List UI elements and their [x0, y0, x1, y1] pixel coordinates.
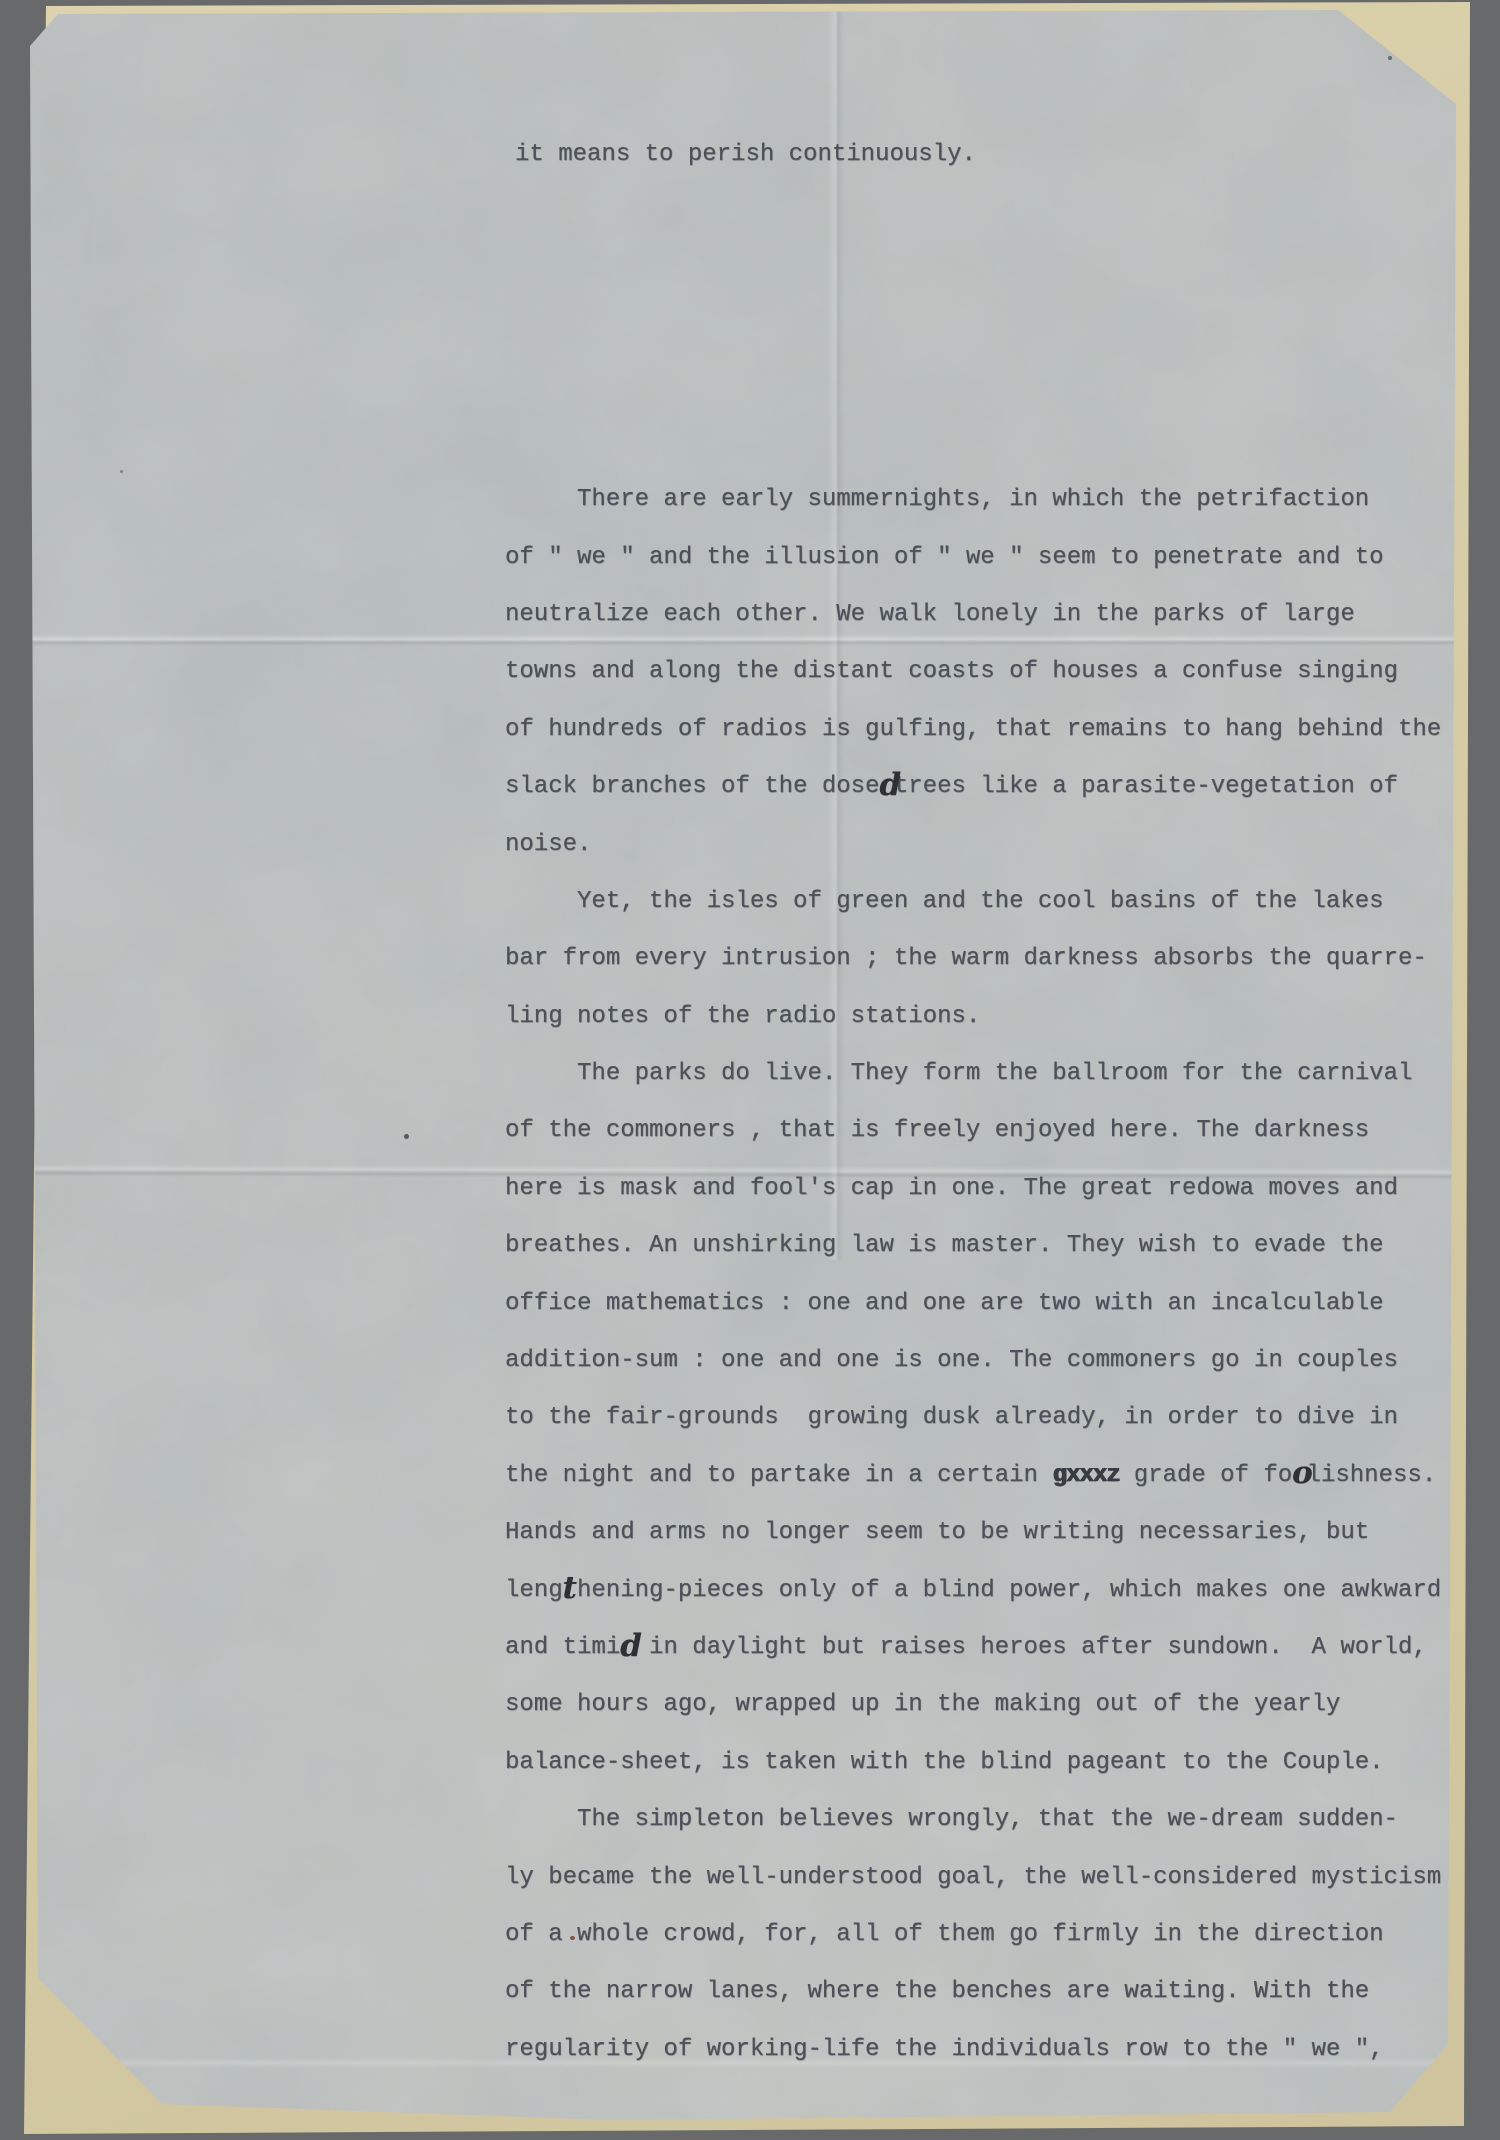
typewritten-line: regularity of working-life the individua… — [505, 2021, 1465, 2078]
typewritten-line: noise. — [505, 815, 1465, 872]
typed-text: Hands and arms no longer seem to be writ… — [505, 1519, 1369, 1546]
typewritten-line: of hundreds of radios is gulfing, that r… — [505, 701, 1465, 758]
scan-canvas: it means to perish continuously. There a… — [0, 0, 1500, 2140]
typed-text: the night and to partake in a certain — [505, 1462, 1052, 1489]
typewritten-line: here is mask and fool's cap in one. The … — [505, 1160, 1465, 1217]
typewritten-line: office mathematics : one and one are two… — [505, 1274, 1465, 1331]
typed-text: towns and along the distant coasts of ho… — [505, 658, 1398, 685]
ink-speck — [404, 1134, 409, 1139]
typed-text: There are early summernights, in which t… — [577, 486, 1369, 513]
typed-text: in daylight but raises heroes after sund… — [635, 1634, 1427, 1661]
typed-text: trees like a parasite-vegetation of — [894, 773, 1398, 800]
typed-text: ly became the well-understood goal, the … — [505, 1864, 1441, 1891]
typed-text: and timi — [505, 1634, 620, 1661]
typewritten-line: of " we " and the illusion of " we " see… — [505, 528, 1465, 585]
typewritten-line: slack branches of the dosedtrees like a … — [505, 758, 1465, 815]
page-top-line: it means to perish continuously. — [515, 126, 976, 183]
typewritten-line: the night and to partake in a certain gx… — [505, 1447, 1465, 1504]
typed-text: grade of fo — [1119, 1462, 1292, 1489]
typed-text: of " we " and the illusion of " we " see… — [505, 544, 1384, 571]
typewritten-body: There are early summernights, in which t… — [505, 471, 1465, 2078]
typed-text: regularity of working-life the individua… — [505, 2036, 1384, 2063]
typewritten-line: neutralize each other. We walk lonely in… — [505, 586, 1465, 643]
typewritten-line: bar from every intrusion ; the warm dark… — [505, 930, 1465, 987]
typed-strikeout: gxxxz — [1052, 1462, 1119, 1489]
typewritten-line: of the narrow lanes, where the benches a… — [505, 1963, 1465, 2020]
typewritten-line: ly became the well-understood goal, the … — [505, 1848, 1465, 1905]
typed-text: slack branches of the dose — [505, 773, 879, 800]
typed-text: ling notes of the radio stations. — [505, 1003, 980, 1030]
typewritten-line: lengthening-pieces only of a blind power… — [505, 1561, 1465, 1618]
typed-text: noise. — [505, 831, 591, 858]
typewritten-line: The simpleton believes wrongly, that the… — [505, 1791, 1465, 1848]
typed-text: of the narrow lanes, where the benches a… — [505, 1978, 1369, 2005]
typed-text: hening-pieces only of a blind power, whi… — [577, 1577, 1441, 1604]
typed-text: lishness. — [1307, 1462, 1437, 1489]
typewritten-line: to the fair-grounds growing dusk already… — [505, 1389, 1465, 1446]
typewritten-line: addition-sum : one and one is one. The c… — [505, 1332, 1465, 1389]
typewritten-line: towns and along the distant coasts of ho… — [505, 643, 1465, 700]
typed-text: leng — [505, 1577, 563, 1604]
typewritten-line: balance-sheet, is taken with the blind p… — [505, 1734, 1465, 1791]
typewritten-line: of the commoners , that is freely enjoye… — [505, 1102, 1465, 1159]
typewritten-line: There are early summernights, in which t… — [505, 471, 1465, 528]
typed-text: office mathematics : one and one are two… — [505, 1290, 1384, 1317]
typed-text: The parks do live. They form the ballroo… — [577, 1060, 1412, 1087]
typed-text: neutralize each other. We walk lonely in… — [505, 601, 1355, 628]
typewritten-line: Yet, the isles of green and the cool bas… — [505, 873, 1465, 930]
typed-text: Yet, the isles of green and the cool bas… — [577, 888, 1384, 915]
typewritten-line: of a whole crowd, for, all of them go fi… — [505, 1906, 1465, 1963]
typewritten-line: and timid in daylight but raises heroes … — [505, 1619, 1465, 1676]
typed-text: of the commoners , that is freely enjoye… — [505, 1117, 1369, 1144]
typed-text: of a whole crowd, for, all of them go fi… — [505, 1921, 1384, 1948]
ink-speck — [1388, 56, 1392, 60]
typed-text: The simpleton believes wrongly, that the… — [577, 1806, 1398, 1833]
typewritten-line: ling notes of the radio stations. — [505, 988, 1465, 1045]
typewritten-line: Hands and arms no longer seem to be writ… — [505, 1504, 1465, 1561]
typed-text: here is mask and fool's cap in one. The … — [505, 1175, 1398, 1202]
typewritten-line: breathes. An unshirking law is master. T… — [505, 1217, 1465, 1274]
typed-text: to the fair-grounds growing dusk already… — [505, 1404, 1398, 1431]
typewritten-line: The parks do live. They form the ballroo… — [505, 1045, 1465, 1102]
typewritten-line: some hours ago, wrapped up in the making… — [505, 1676, 1465, 1733]
typed-text: addition-sum : one and one is one. The c… — [505, 1347, 1398, 1374]
typed-text: bar from every intrusion ; the warm dark… — [505, 945, 1427, 972]
ink-speck — [120, 470, 123, 473]
typed-text: breathes. An unshirking law is master. T… — [505, 1232, 1384, 1259]
typed-text: some hours ago, wrapped up in the making… — [505, 1691, 1340, 1718]
typed-text: balance-sheet, is taken with the blind p… — [505, 1749, 1384, 1776]
document-page: it means to perish continuously. There a… — [0, 0, 1500, 2140]
typed-text: of hundreds of radios is gulfing, that r… — [505, 716, 1441, 743]
